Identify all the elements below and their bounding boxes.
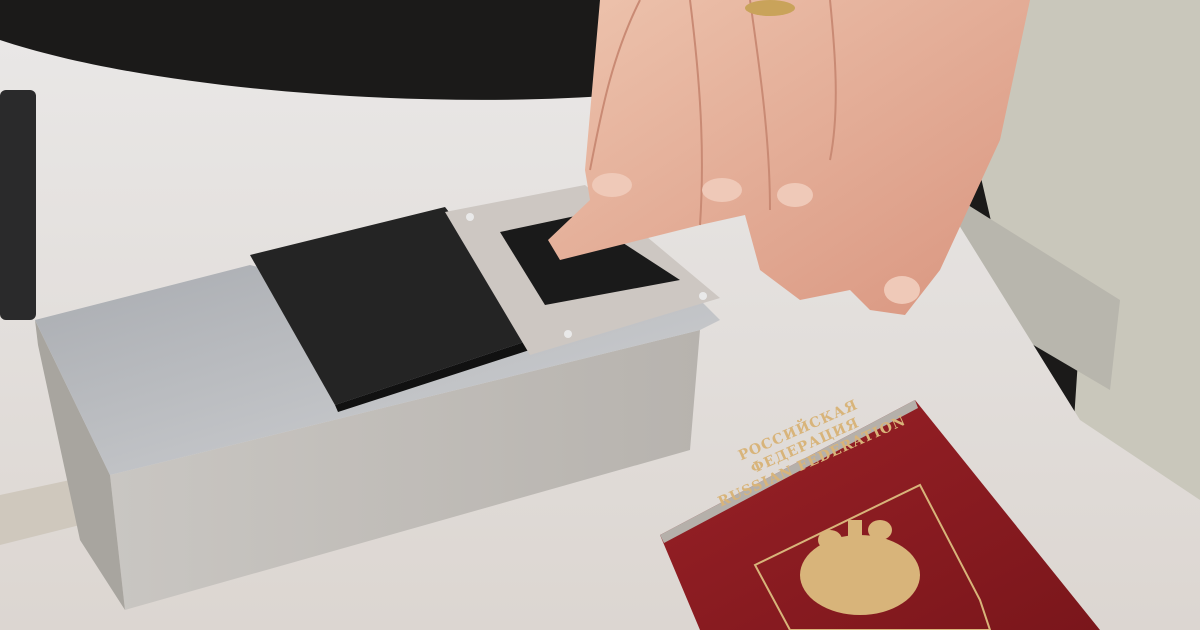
dark-object-left bbox=[0, 90, 36, 320]
screw-icon bbox=[466, 213, 474, 221]
photo-scene: РОССИЙСКАЯ ФЕДЕРАЦИЯ RUSSIAN FEDERATION bbox=[0, 0, 1200, 630]
screw-icon bbox=[699, 292, 707, 300]
photo-canvas bbox=[0, 0, 1200, 630]
ring bbox=[745, 0, 795, 16]
screw-icon bbox=[564, 330, 572, 338]
